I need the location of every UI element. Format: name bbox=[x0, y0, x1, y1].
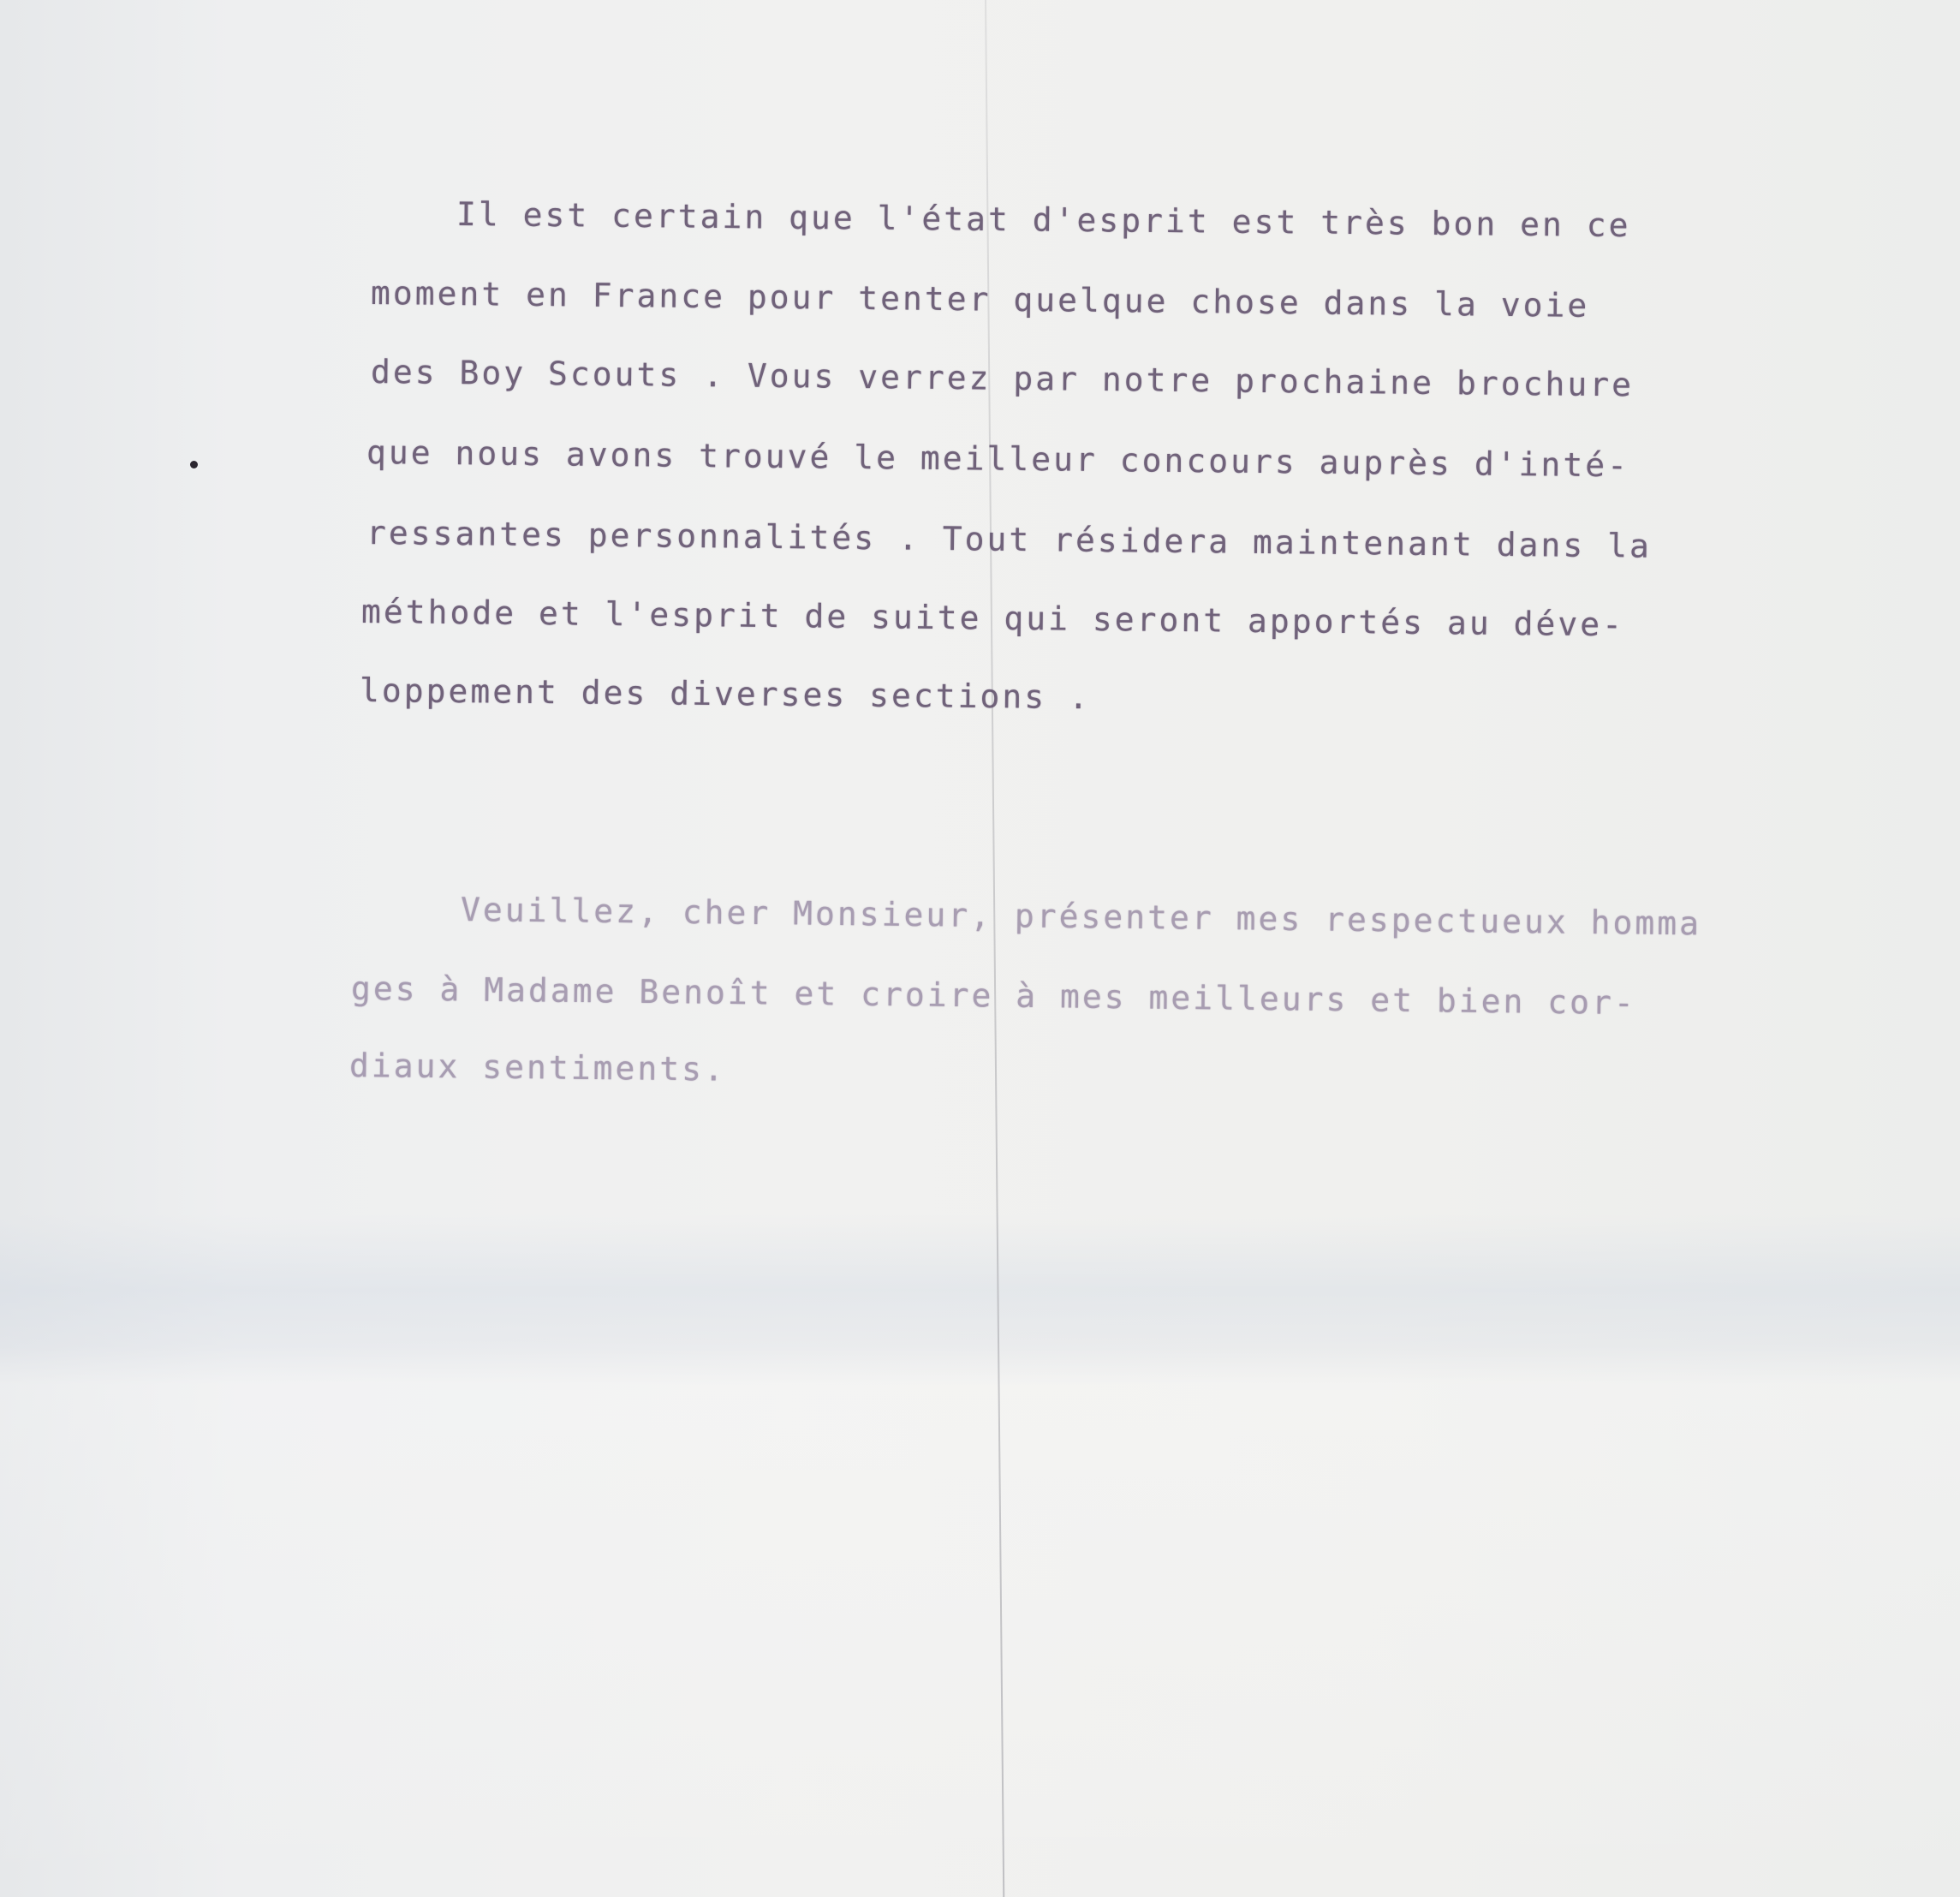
paragraph-1-line-6: méthode et l'esprit de suite qui seront … bbox=[361, 593, 1624, 643]
paragraph-2-line-2: ges à Madame Benoît et croire à mes meil… bbox=[351, 969, 1636, 1022]
margin-ink-dot bbox=[190, 461, 198, 468]
typewritten-letter-page: Il est certain que l'état d'esprit est t… bbox=[0, 0, 1960, 1897]
paragraph-1-line-1: Il est certain que l'état d'esprit est t… bbox=[456, 195, 1631, 244]
paragraph-2-line-3: diaux sentiments. bbox=[349, 1047, 726, 1089]
paragraph-2-line-1: Veuillez, cher Monsieur, présenter mes r… bbox=[461, 891, 1702, 942]
paragraph-1-line-4: que nous avons trouvé le meilleur concou… bbox=[366, 433, 1629, 484]
paragraph-1-line-2: moment en France pour tenter quelque cho… bbox=[371, 274, 1590, 325]
paragraph-1-line-3: des Boy Scouts . Vous verrez par notre p… bbox=[371, 353, 1634, 403]
paragraph-1-line-5: ressantes personnalités . Tout résidera … bbox=[366, 514, 1652, 565]
paragraph-1-line-7: loppement des diverses sections . bbox=[360, 671, 1091, 716]
